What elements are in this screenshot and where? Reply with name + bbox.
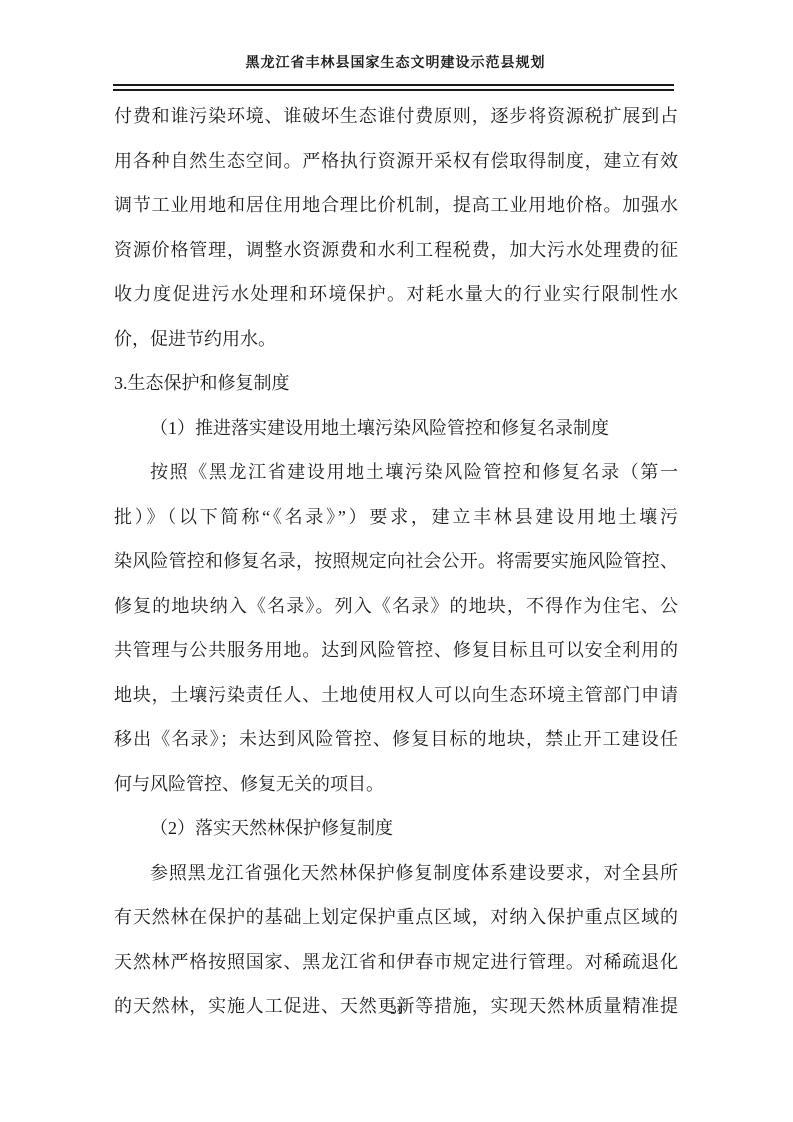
text-line: 移出《名录》；未达到风险管控、修复目标的地块，禁止开工建设任: [114, 717, 678, 762]
text-line: 天然林严格按照国家、黑龙江省和伊春市规定进行管理。对稀疏退化: [114, 940, 678, 985]
document-page: 黑龙江省丰林县国家生态文明建设示范县规划 付费和谁污染环境、谁破坏生态谁付费原则…: [0, 0, 793, 1122]
page-number: 31: [0, 1003, 793, 1018]
text-line: 付费和谁污染环境、谁破坏生态谁付费原则，逐步将资源税扩展到占: [114, 94, 678, 139]
page-header-title: 黑龙江省丰林县国家生态文明建设示范县规划: [113, 52, 678, 72]
subsection-heading-1: （1）推进落实建设用地土壤污染风险管控和修复名录制度: [114, 406, 678, 451]
text-line: 按照《黑龙江省建设用地土壤污染风险管控和修复名录（第一: [114, 450, 678, 495]
text-line: 调节工业用地和居住用地合理比价机制，提高工业用地价格。加强水: [114, 183, 678, 228]
subsection-heading-2: （2）落实天然林保护修复制度: [114, 806, 678, 851]
section-heading: 3.生态保护和修复制度: [114, 361, 678, 406]
text-line: 有天然林在保护的基础上划定保护重点区域，对纳入保护重点区域的: [114, 895, 678, 940]
text-line: 用各种自然生态空间。严格执行资源开采权有偿取得制度，建立有效: [114, 139, 678, 184]
text-line: 何与风险管控、修复无关的项目。: [114, 762, 678, 807]
text-line: 染风险管控和修复名录，按照规定向社会公开。将需要实施风险管控、: [114, 539, 678, 584]
text-line: 价，促进节约用水。: [114, 317, 678, 362]
text-line: 共管理与公共服务用地。达到风险管控、修复目标且可以安全利用的: [114, 628, 678, 673]
header-divider: [113, 84, 674, 91]
text-line: 地块，土壤污染责任人、土地使用权人可以向生态环境主管部门申请: [114, 673, 678, 718]
text-line: 收力度促进污水处理和环境保护。对耗水量大的行业实行限制性水: [114, 272, 678, 317]
text-line: 修复的地块纳入《名录》。列入《名录》的地块，不得作为住宅、公: [114, 584, 678, 629]
text-line: 批）》（以下简称“《名录》”）要求，建立丰林县建设用地土壤污: [114, 495, 678, 540]
text-line: 参照黑龙江省强化天然林保护修复制度体系建设要求，对全县所: [114, 851, 678, 896]
text-line: 资源价格管理，调整水资源费和水利工程税费，加大污水处理费的征: [114, 228, 678, 273]
document-body: 付费和谁污染环境、谁破坏生态谁付费原则，逐步将资源税扩展到占 用各种自然生态空间…: [114, 94, 678, 1029]
